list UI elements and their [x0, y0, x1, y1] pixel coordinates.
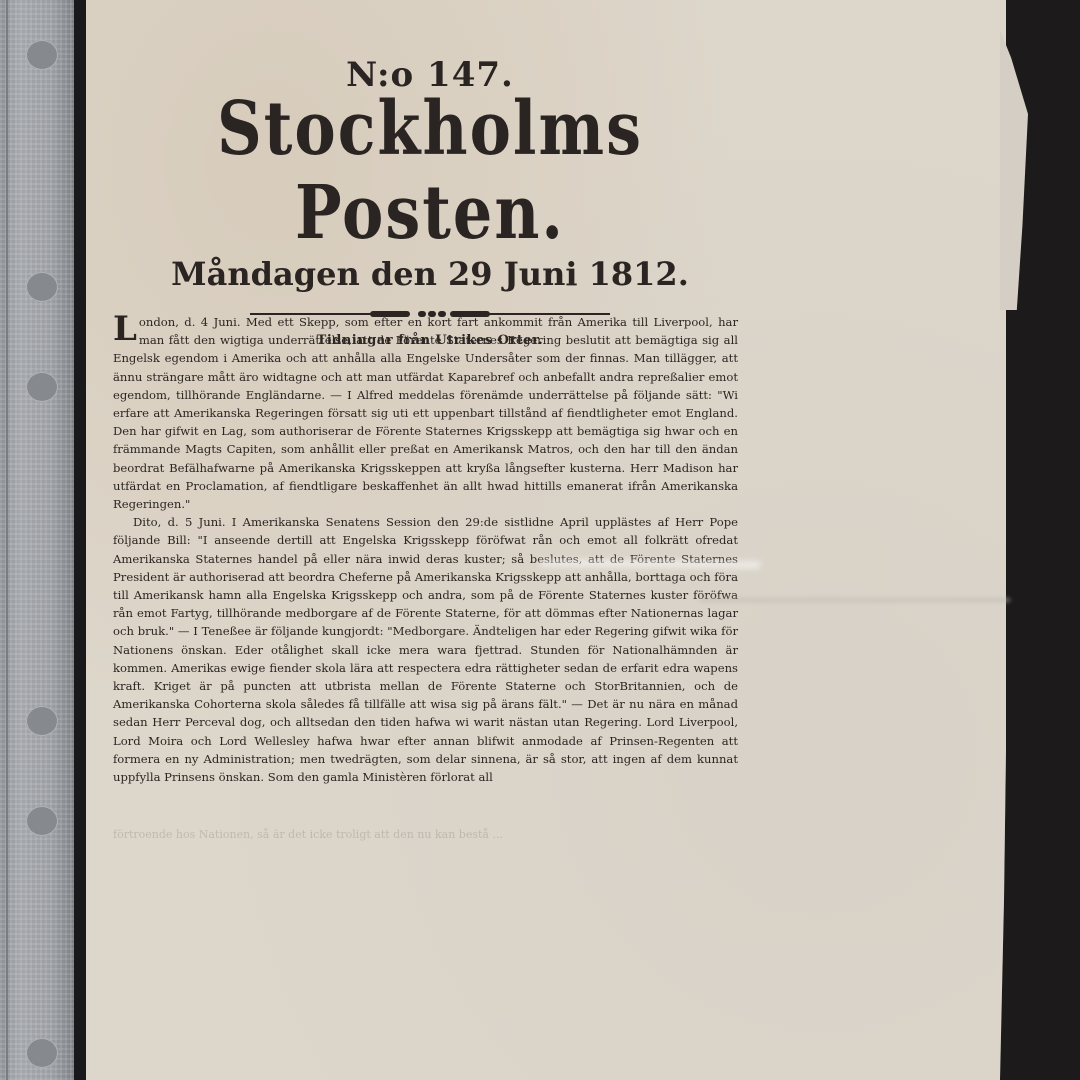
punch-hole: [26, 372, 58, 402]
punch-hole: [26, 272, 58, 302]
punch-hole: [26, 806, 58, 836]
masthead: N:o 147. Stockholms Posten. Måndagen den…: [110, 55, 750, 348]
bleed-through-text: förtroende hos Nationen, så är det icke …: [113, 828, 733, 846]
newspaper-title: Stockholms Posten.: [110, 87, 750, 255]
paragraph-dito: Dito, d. 5 Juni. I Amerikanska Senatens …: [113, 513, 738, 786]
binder-sleeve: [0, 0, 75, 1080]
dateline: Måndagen den 29 Juni 1812.: [110, 255, 750, 293]
paper-torn-edge: [1000, 30, 1028, 310]
punch-hole: [26, 706, 58, 736]
paragraph-text: ondon, d. 4 Juni. Med ett Skepp, som eft…: [113, 315, 738, 511]
paragraph-london: London, d. 4 Juni. Med ett Skepp, som ef…: [113, 313, 738, 513]
article-body: London, d. 4 Juni. Med ett Skepp, som ef…: [113, 313, 738, 786]
punch-hole: [26, 1038, 58, 1068]
sleeve-edge: [6, 0, 8, 1080]
paper-fold-crease: [700, 598, 1010, 602]
paragraph-text: Dito, d. 5 Juni. I Amerikanska Senatens …: [113, 515, 738, 784]
drop-cap: L: [113, 314, 137, 344]
punch-hole: [26, 40, 58, 70]
binder-spine: [74, 0, 88, 1080]
